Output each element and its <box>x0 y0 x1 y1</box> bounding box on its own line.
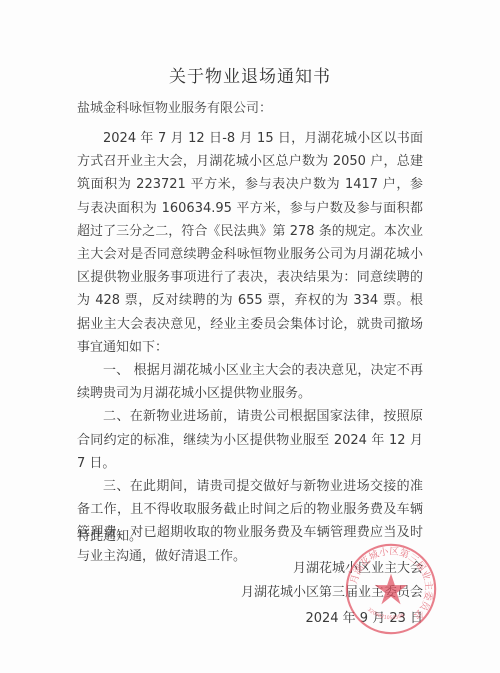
document-body: 2024 年 7 月 12 日-8 月 15 日，月湖花城小区以书面方式召开业主… <box>77 127 423 568</box>
notice-document: 关于物业退场通知书 盐城金科咏恒物业服务有限公司： 2024 年 7 月 12 … <box>0 0 500 673</box>
signature-owners-assembly: 月湖花城小区业主大会 <box>293 557 423 576</box>
paragraph-intro: 2024 年 7 月 12 日-8 月 15 日，月湖花城小区以书面方式召开业主… <box>77 127 423 359</box>
paragraph-item-3: 三、在此期间，请贵司提交做好与新物业进场交接的准备工作，且不得收取服务截止时间之… <box>77 475 423 568</box>
document-title: 关于物业退场通知书 <box>0 62 500 87</box>
closing-line: 特此通知。 <box>77 525 142 544</box>
paragraph-item-1: 一、 根据月湖花城小区业主大会的表决意见，决定不再续聘贵司为月湖花城小区提供物业… <box>77 359 423 405</box>
salutation: 盐城金科咏恒物业服务有限公司： <box>77 97 272 116</box>
signature-date: 2024 年 9 月 23 日 <box>305 607 423 626</box>
signature-owners-committee: 月湖花城小区第三届业主委员会 <box>241 581 423 600</box>
paragraph-item-2: 二、在新物业进场前，请贵公司根据国家法律，按照原合同约定的标准，继续为小区提供物… <box>77 405 423 475</box>
